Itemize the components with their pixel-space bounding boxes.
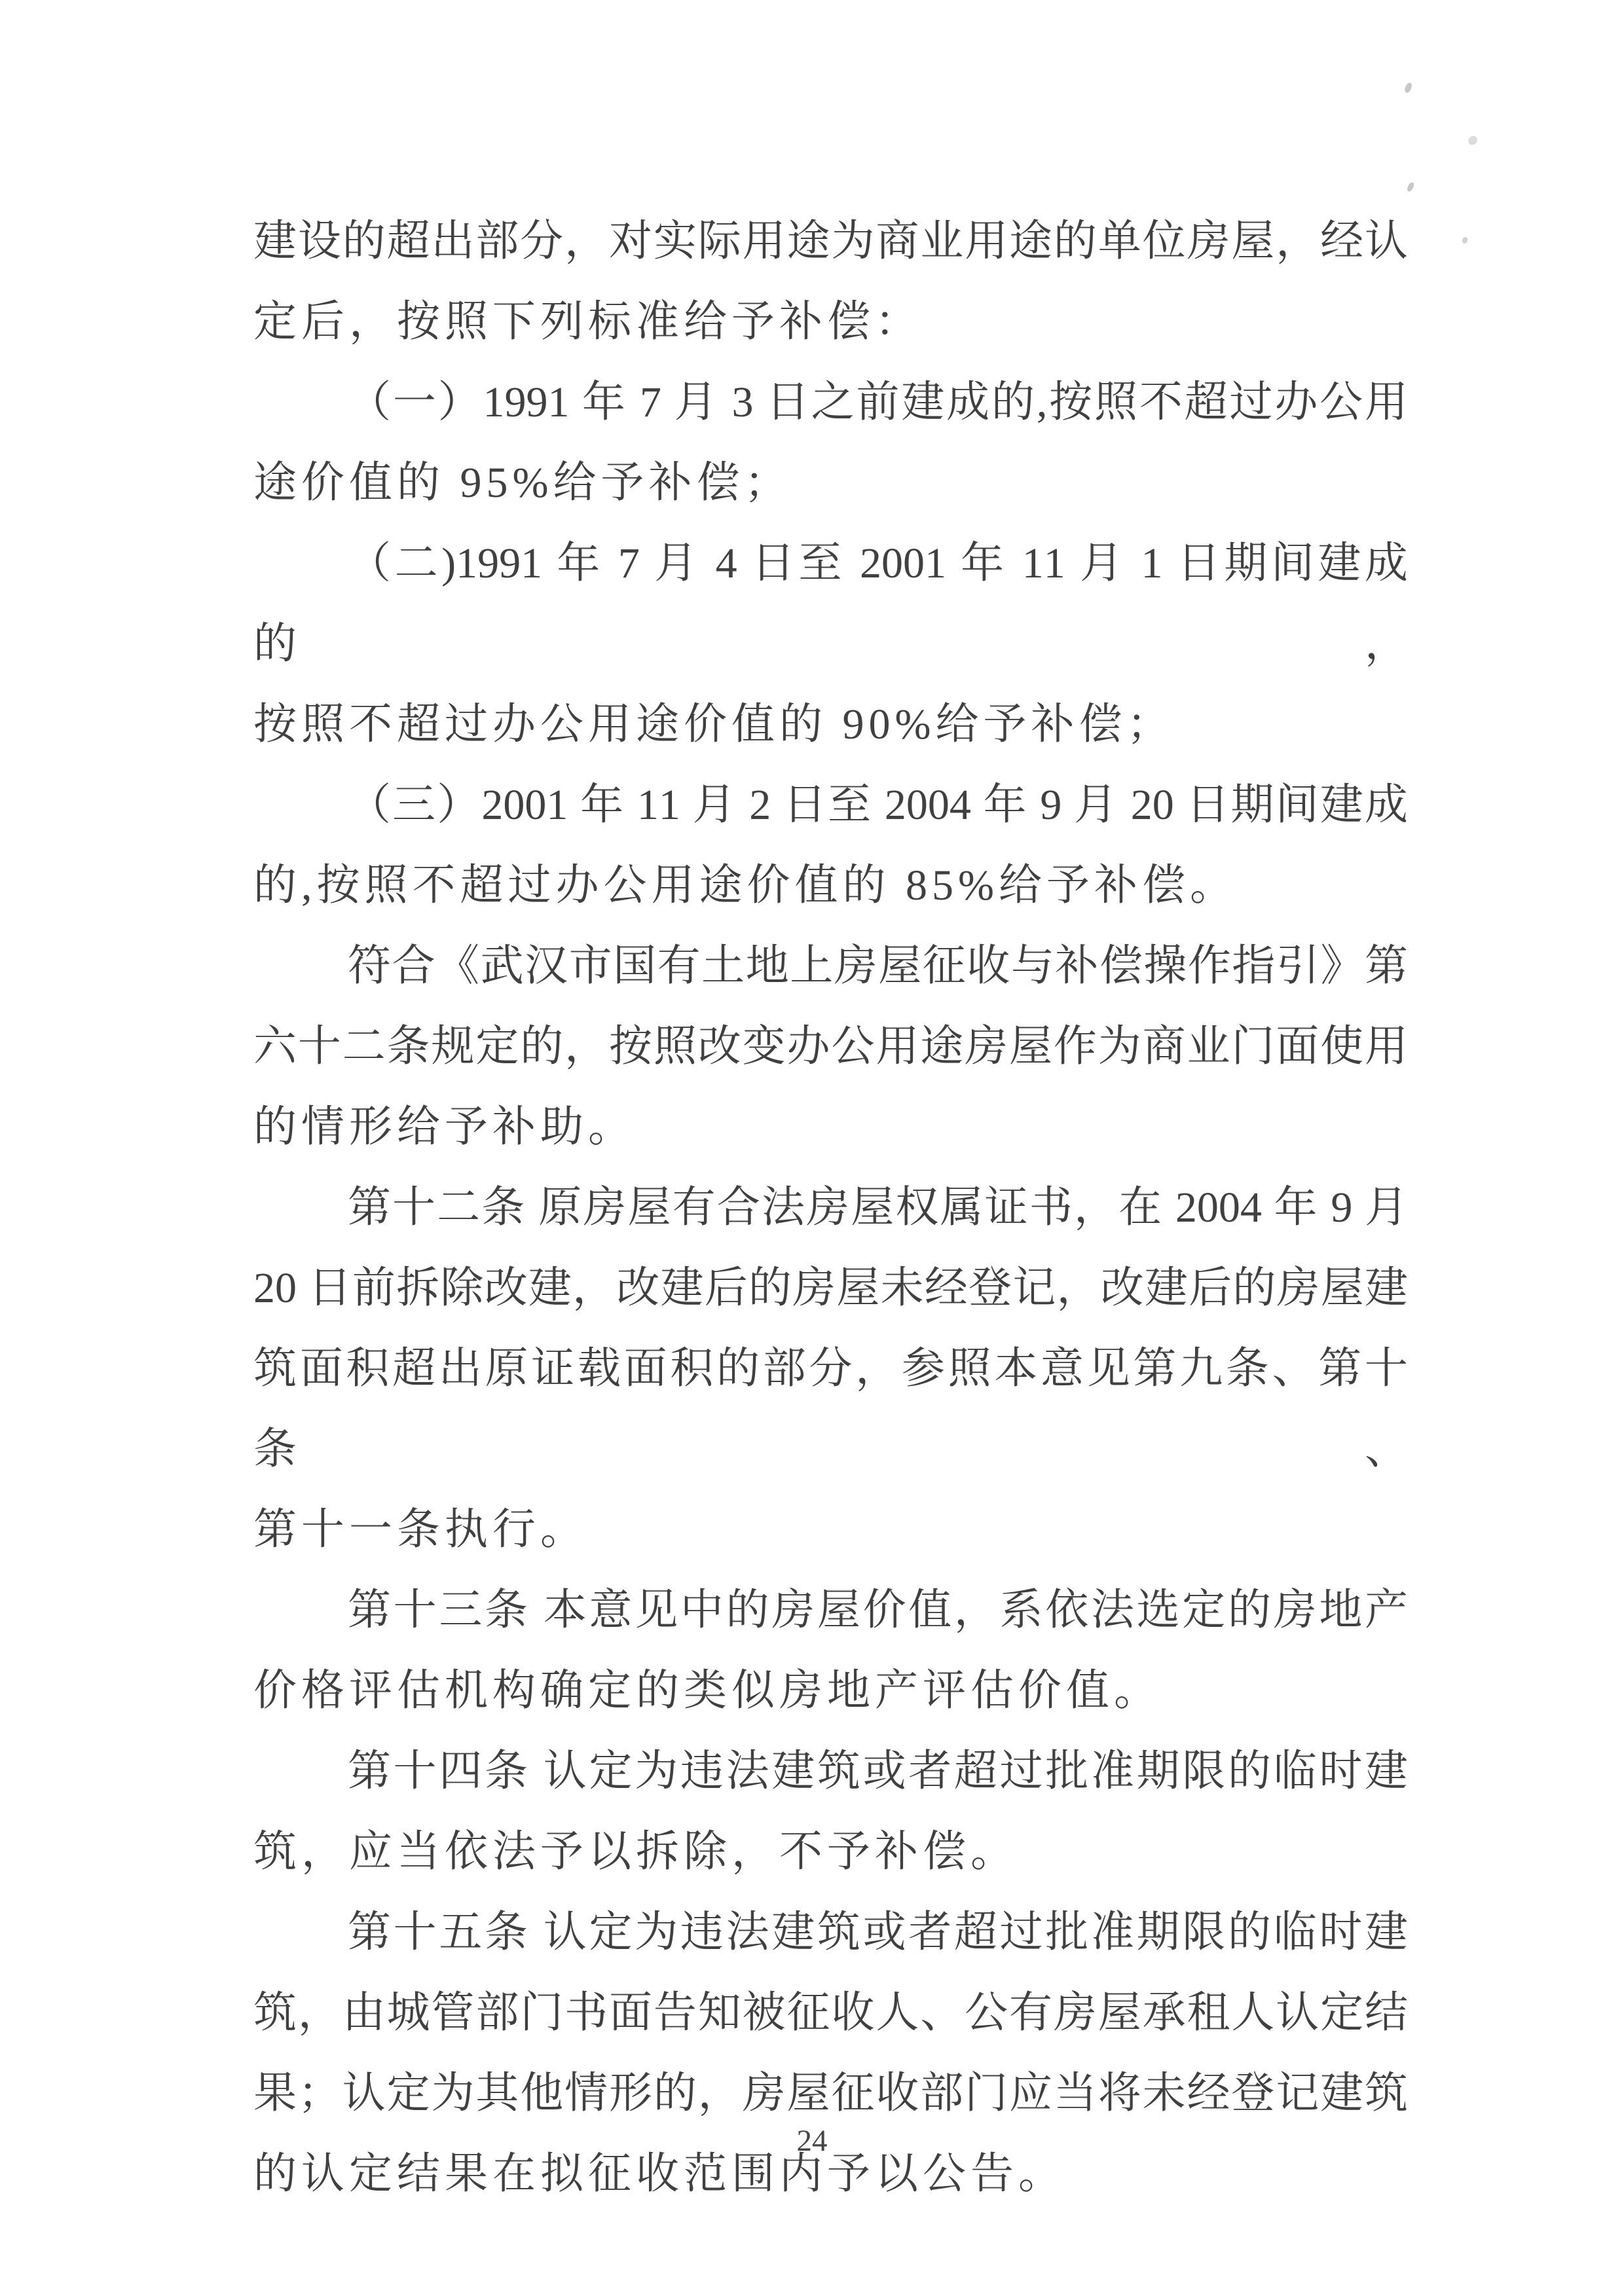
text-line: 筑，应当依法予以拆除，不予补偿。 [253,1812,1408,1892]
text-line: （二)1991 年 7 月 4 日至 2001 年 11 月 1 日期间建成的， [253,523,1408,684]
text-line: 第十五条 认定为违法建筑或者超过批准期限的临时建 [253,1892,1408,1973]
text-line: 第十四条 认定为违法建筑或者超过批准期限的临时建 [253,1731,1408,1812]
text-line: （一）1991 年 7 月 3 日之前建成的,按照不超过办公用 [253,362,1408,443]
scanned-document-page: 建设的超出部分，对实际用途为商业用途的单位房屋，经认定后，按照下列标准给予补偿：… [0,0,1624,2296]
text-line: （三）2001 年 11 月 2 日至 2004 年 9 月 20 日期间建成 [253,765,1408,845]
text-line: 筑面积超出原证载面积的部分，参照本意见第九条、第十条、 [253,1328,1408,1489]
text-line: 20 日前拆除改建，改建后的房屋未经登记，改建后的房屋建 [253,1248,1408,1328]
page-number: 24 [0,2121,1624,2160]
text-line: 按照不超过办公用途价值的 90%给予补偿； [253,684,1408,765]
text-line: 价格评估机构确定的类似房地产评估价值。 [253,1650,1408,1731]
scan-artifact [1467,136,1478,146]
text-line: 符合《武汉市国有土地上房屋征收与补偿操作指引》第 [253,926,1408,1006]
text-line: 筑，由城管部门书面告知被征收人、公有房屋承租人认定结 [253,1973,1408,2053]
text-line: 建设的超出部分，对实际用途为商业用途的单位房屋，经认 [253,201,1408,282]
scan-artifact [1406,181,1414,192]
text-line: 第十一条执行。 [253,1489,1408,1570]
text-line: 定后，按照下列标准给予补偿： [253,282,1408,362]
text-line: 第十三条 本意见中的房屋价值，系依法选定的房地产 [253,1570,1408,1650]
document-body: 建设的超出部分，对实际用途为商业用途的单位房屋，经认定后，按照下列标准给予补偿：… [253,201,1408,2214]
scan-artifact [1462,236,1467,244]
text-line: 的,按照不超过办公用途价值的 85%给予补偿。 [253,845,1408,926]
text-line: 第十二条 原房屋有合法房屋权属证书，在 2004 年 9 月 [253,1167,1408,1248]
scan-artifact [1404,82,1413,94]
text-line: 途价值的 95%给予补偿； [253,443,1408,523]
text-line: 六十二条规定的，按照改变办公用途房屋作为商业门面使用 [253,1006,1408,1087]
text-line: 的情形给予补助。 [253,1087,1408,1167]
